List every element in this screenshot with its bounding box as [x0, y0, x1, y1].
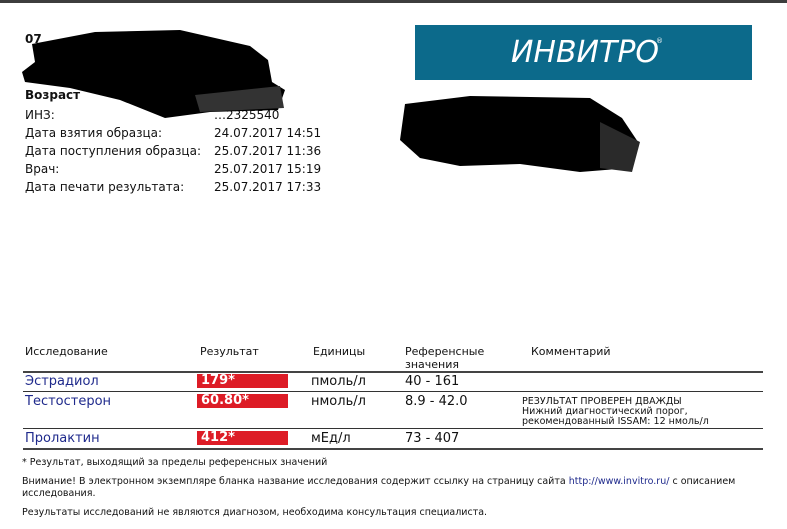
header-comment: Комментарий — [531, 345, 611, 358]
registered-mark-icon: ® — [656, 37, 663, 45]
units: нмоль/л — [311, 394, 366, 409]
test-link-testosterone[interactable]: Тестостерон — [25, 394, 111, 409]
attention-text: Внимание! В электронном экземпляре бланк… — [22, 476, 569, 487]
reference-range: 73 - 407 — [405, 431, 459, 446]
header-reference-line1: Референсные — [405, 345, 484, 358]
result-value: 412* — [197, 431, 288, 445]
table-divider — [23, 448, 763, 450]
attention-note: Внимание! В электронном экземпляре бланк… — [22, 476, 735, 488]
units: мЕд/л — [311, 431, 351, 446]
reference-range: 40 - 161 — [405, 374, 459, 389]
logo-text: ИНВИТРО — [511, 35, 659, 70]
comment-line: рекомендованный ISSAM: 12 нмоль/л — [522, 417, 709, 427]
footnote: * Результат, выходящий за пределы рефере… — [22, 457, 327, 469]
invitro-link[interactable]: http://www.invitro.ru/ — [569, 476, 670, 487]
header-reference-line2: значения — [405, 358, 484, 371]
result-value: 179* — [197, 374, 288, 388]
test-link-prolactin[interactable]: Пролактин — [25, 431, 100, 446]
invitro-logo: ИНВИТРО ® — [415, 25, 752, 80]
attention-note-line2: исследования. — [22, 488, 95, 500]
table-divider — [23, 391, 763, 392]
header-result: Результат — [200, 345, 259, 358]
reference-range: 8.9 - 42.0 — [405, 394, 468, 409]
comment: РЕЗУЛЬТАТ ПРОВЕРЕН ДВАЖДЫ Нижний диагнос… — [522, 397, 709, 427]
test-link-estradiol[interactable]: Эстрадиол — [25, 374, 99, 389]
attention-text-after: с описанием — [669, 476, 735, 487]
header-test: Исследование — [25, 345, 108, 358]
disclaimer: Результаты исследований не являются диаг… — [22, 507, 487, 519]
units: пмоль/л — [311, 374, 366, 389]
result-value: 60.80* — [197, 394, 288, 408]
header-reference: Референсные значения — [405, 345, 484, 371]
table-divider — [23, 371, 763, 373]
header-units: Единицы — [313, 345, 365, 358]
table-divider — [23, 428, 763, 429]
